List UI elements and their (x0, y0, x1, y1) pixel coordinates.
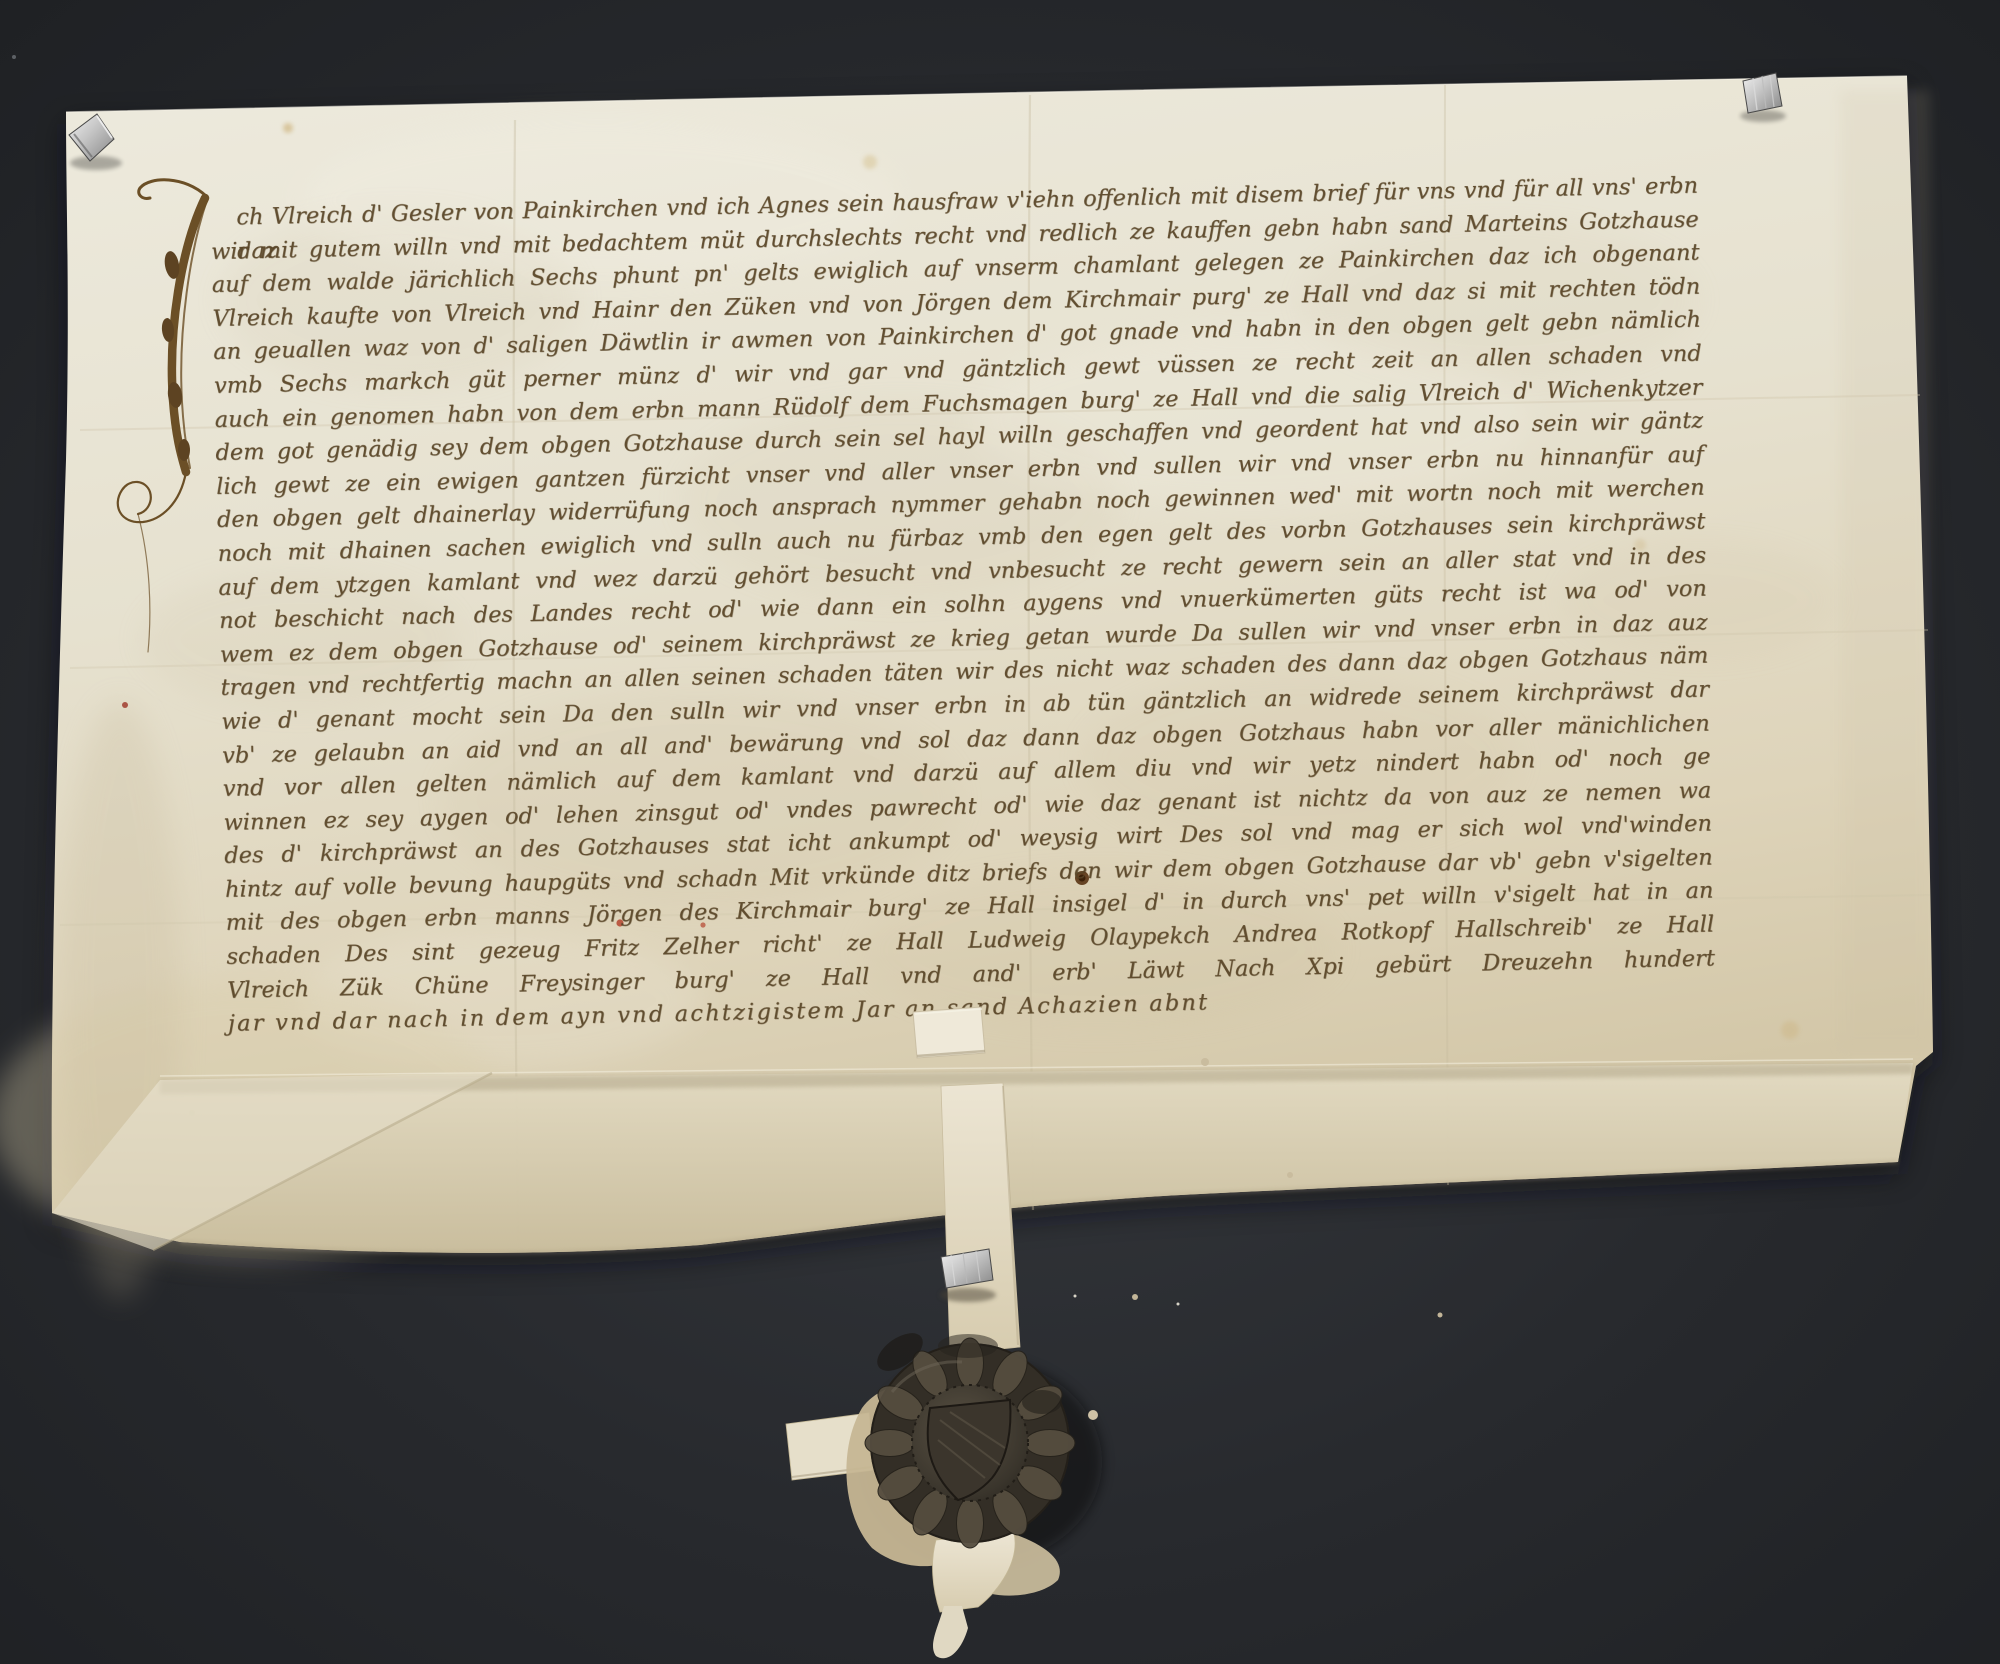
tag-through-slit (913, 1007, 985, 1058)
scene-overlay (0, 0, 2000, 1664)
photograph-of-charter: ch Vlreich d' Gesler von Painkirchen vnd… (0, 0, 2000, 1664)
